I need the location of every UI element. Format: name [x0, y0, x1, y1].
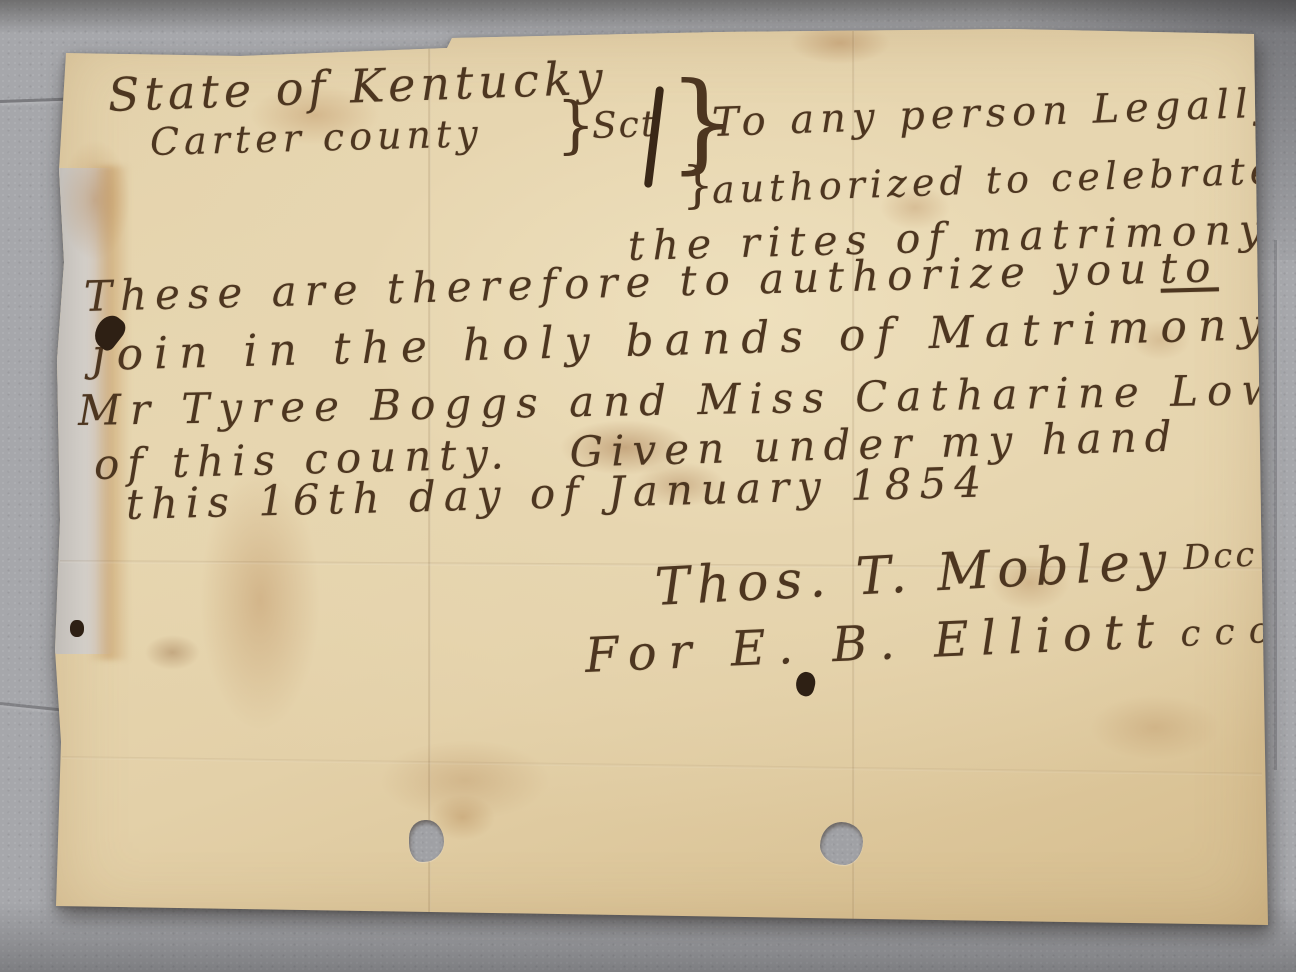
punch-hole-right	[820, 822, 863, 865]
signer-suffix: Dcc	[1182, 534, 1258, 578]
heading-county-line: Carter county	[149, 111, 483, 164]
paper-document: State of Kentucky Carter county } Sct } …	[0, 0, 1296, 972]
sct-abbreviation: Sct	[591, 104, 658, 147]
curly-brace-small: }	[556, 88, 595, 161]
ink-blot-2	[70, 620, 84, 637]
photo-of-document: State of Kentucky Carter county } Sct } …	[0, 0, 1296, 972]
signature-flourish: cccc	[1179, 608, 1296, 655]
paper-shadow-wrap: State of Kentucky Carter county } Sct } …	[0, 0, 1296, 972]
curly-brace-mid: }	[682, 156, 714, 214]
body-line-1-underlined-word: to	[1160, 242, 1219, 293]
